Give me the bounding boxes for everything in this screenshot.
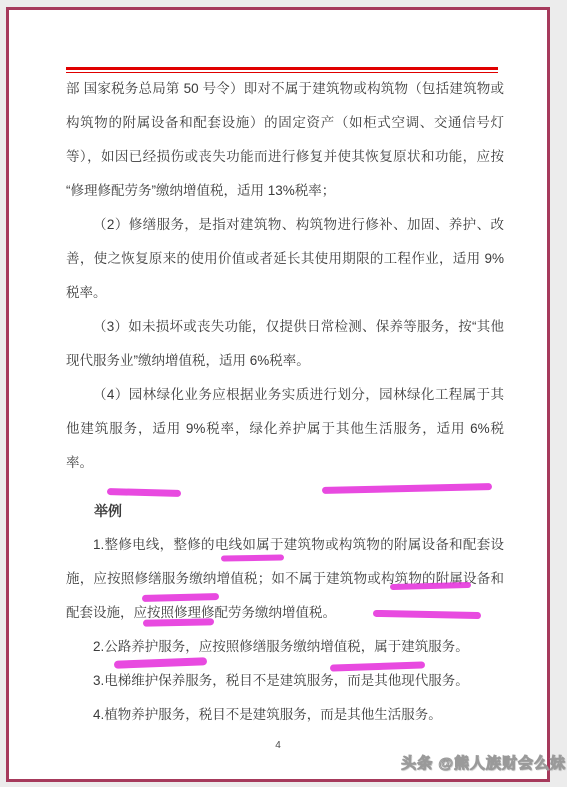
highlight-marker-dianti-weihu [143, 618, 214, 626]
paragraph-item-2: （2）修缮服务，是指对建筑物、构筑物进行修补、加固、养护、改善，使之恢复原来的使… [66, 208, 504, 310]
example-3: 3.电梯维护保养服务，税目不是建筑服务，而是其他现代服务。 [66, 664, 504, 698]
highlight-marker-jiaona-zengzhishui [221, 554, 284, 561]
document-page: 部 国家税务总局第 50 号令）即对不属于建筑物或构筑物（包括建筑物或构筑物的附… [6, 7, 550, 782]
document-content: 部 国家税务总局第 50 号令）即对不属于建筑物或构筑物（包括建筑物或构筑物的附… [66, 72, 504, 732]
page-number: 4 [9, 740, 547, 751]
screenshot-canvas: 部 国家税务总局第 50 号令）即对不属于建筑物或构筑物（包括建筑物或构筑物的附… [0, 0, 567, 787]
paragraph-item-4: （4）园林绿化业务应根据业务实质进行划分，园林绿化工程属于其他建筑服务，适用 9… [66, 378, 504, 480]
paragraph-item-3: （3）如未损坏或丧失功能，仅提供日常检测、保养等服务，按“其他现代服务业”缴纳增… [66, 310, 504, 378]
examples-heading: 举例 [94, 494, 504, 528]
header-rule-thick-line [66, 67, 498, 70]
paragraph-continuation: 部 国家税务总局第 50 号令）即对不属于建筑物或构筑物（包括建筑物或构筑物的附… [66, 72, 504, 208]
example-4: 4.植物养护服务，税目不是建筑服务，而是其他生活服务。 [66, 698, 504, 732]
example-2: 2.公路养护服务，应按照修缮服务缴纳增值税，属于建筑服务。 [66, 630, 504, 664]
watermark: 头条 @熊人族财会么妹 [401, 752, 566, 773]
